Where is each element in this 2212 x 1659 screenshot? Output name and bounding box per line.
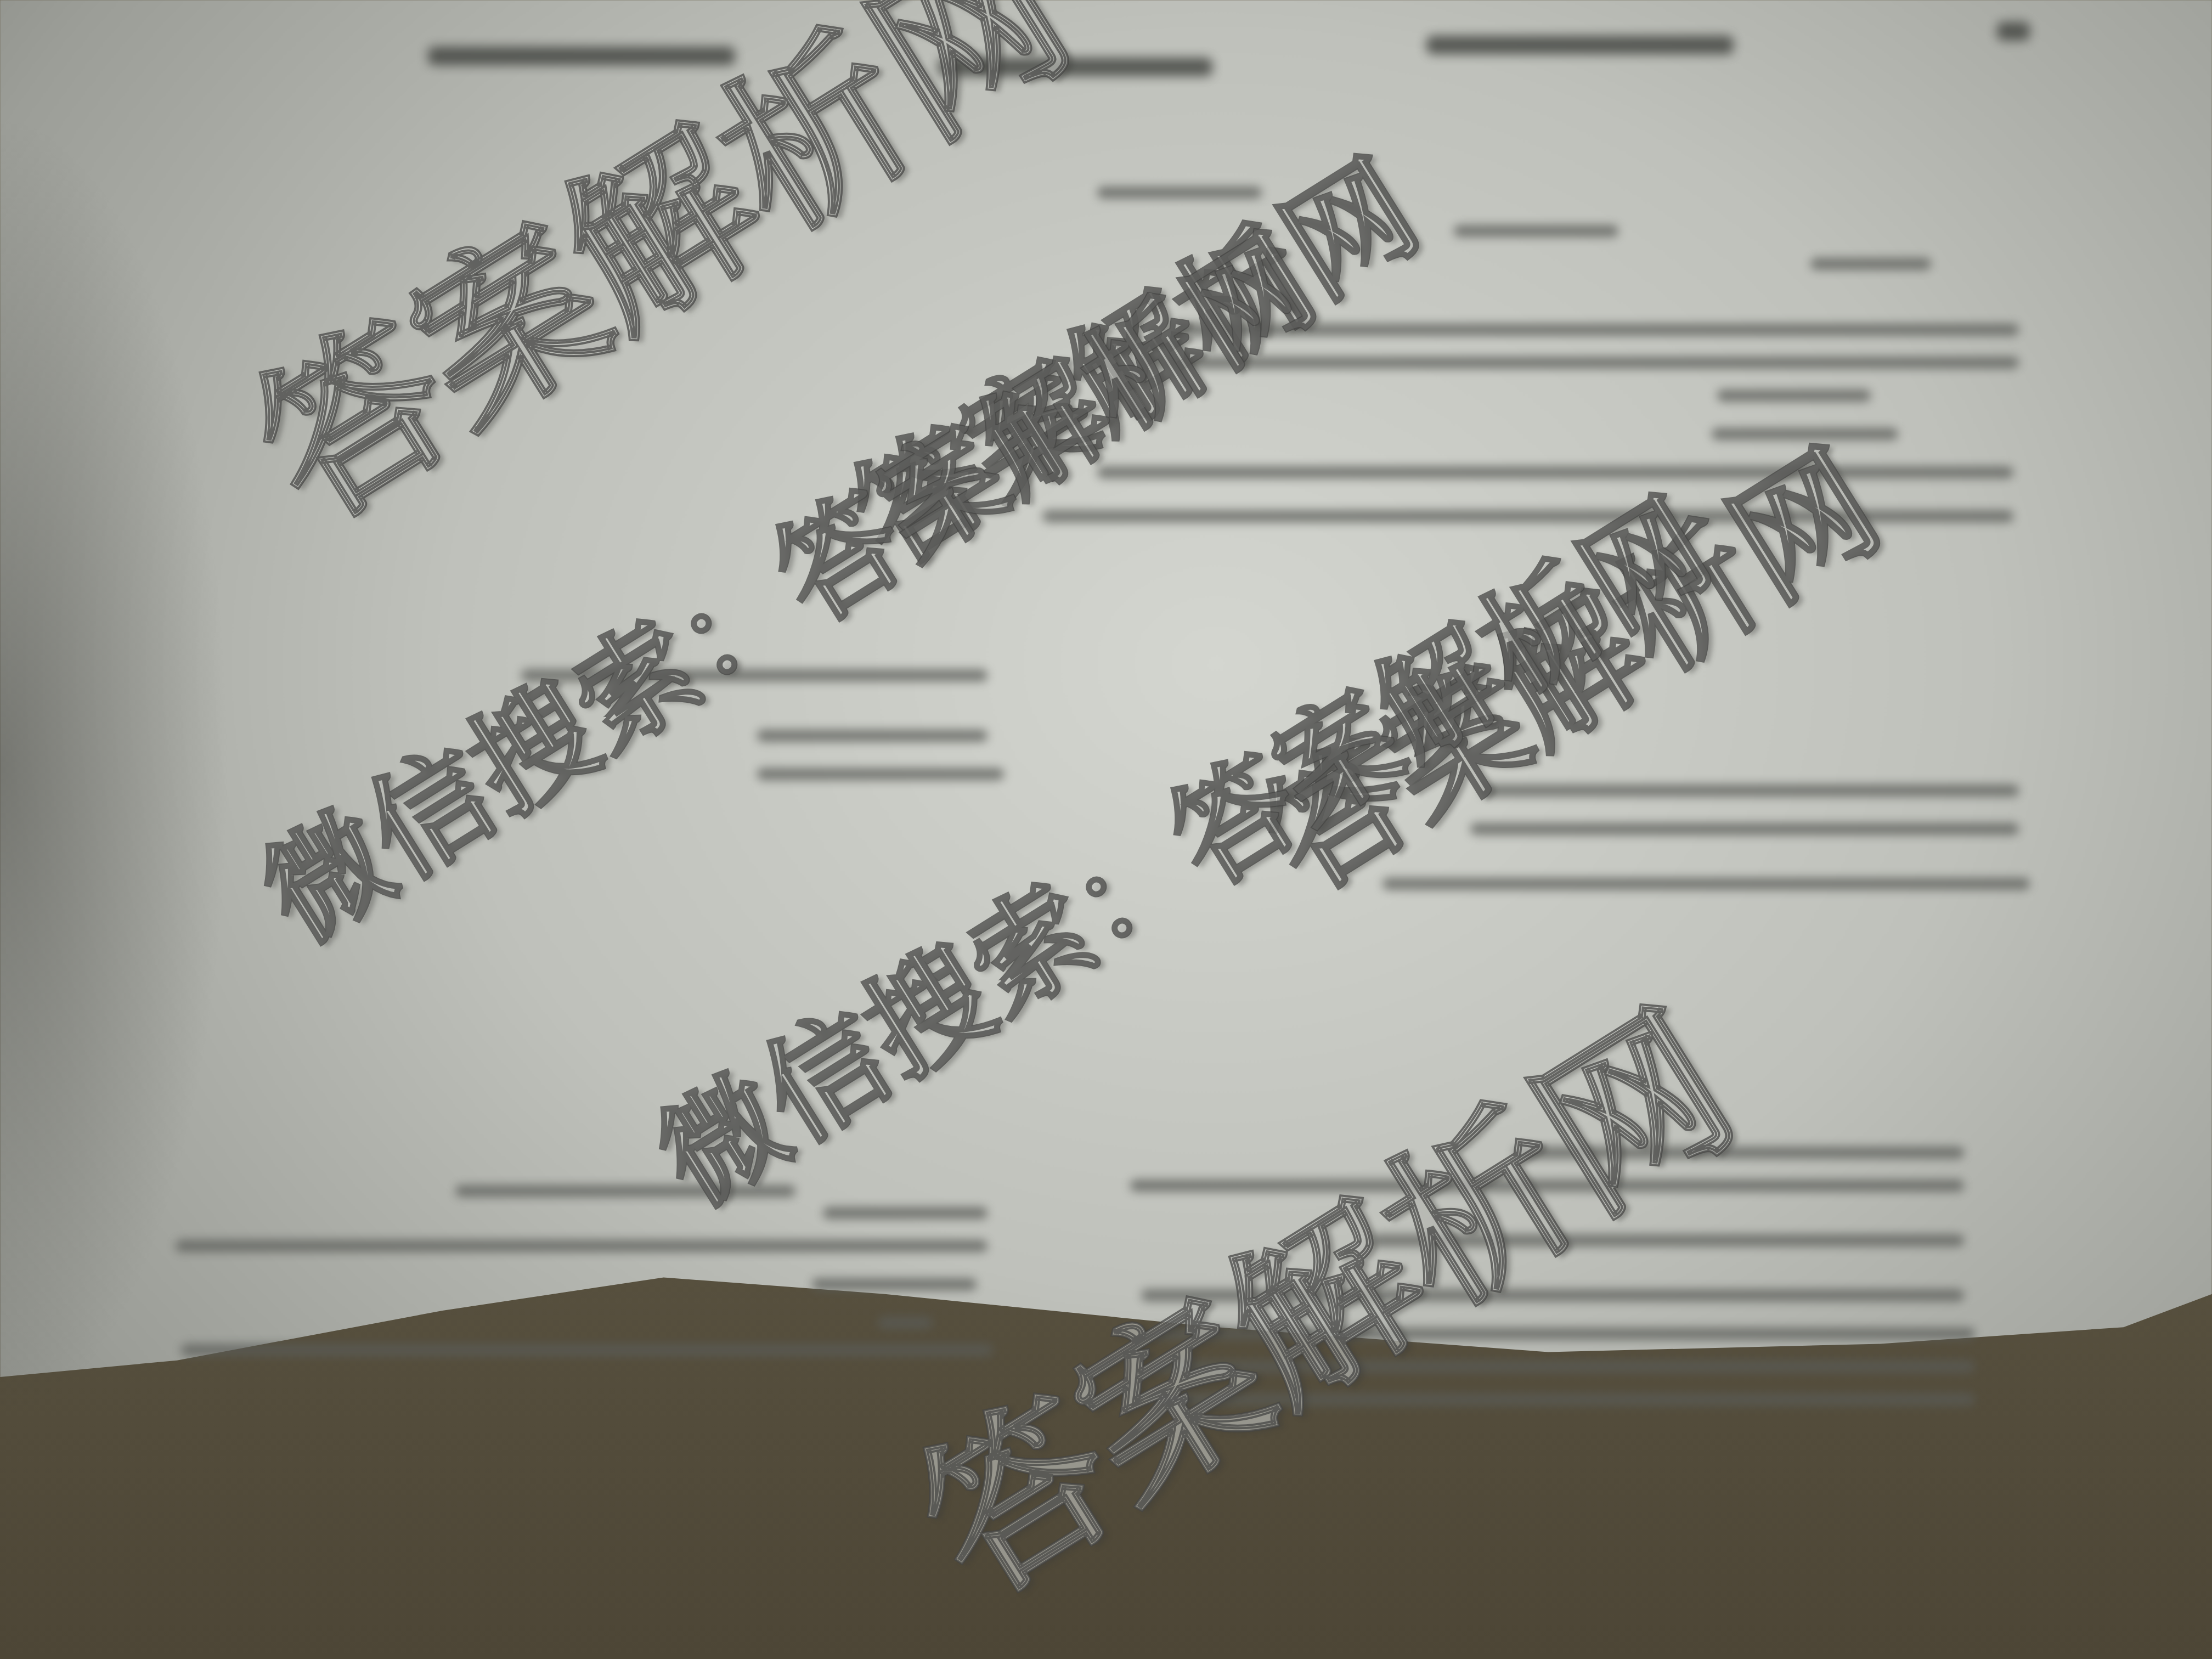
text-line <box>176 1240 988 1252</box>
text-line <box>823 1207 988 1219</box>
text-line <box>1717 390 1871 402</box>
text-line <box>878 1317 933 1329</box>
paper-shadow <box>0 110 230 1426</box>
text-line <box>1470 823 2019 835</box>
text-line <box>757 730 988 742</box>
text-line <box>1383 878 2030 890</box>
page-number <box>1997 22 2030 41</box>
text-line <box>1097 466 2013 478</box>
text-line <box>757 768 1004 780</box>
text-line <box>812 1278 977 1290</box>
header-right-text <box>1426 36 1734 54</box>
text-line <box>1481 785 2019 797</box>
text-line <box>1454 225 1618 237</box>
text-line <box>1810 258 1931 270</box>
text-line <box>181 1344 993 1356</box>
